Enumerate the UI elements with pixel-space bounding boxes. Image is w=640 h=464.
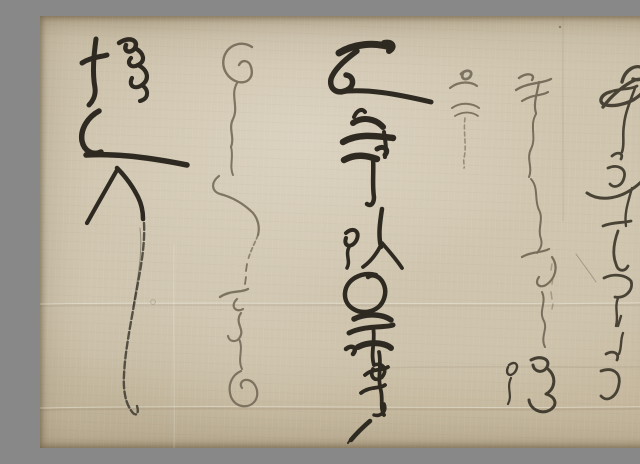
brush-stroke	[616, 298, 618, 326]
crease-line	[174, 244, 175, 448]
brush-stroke	[373, 327, 374, 365]
speck	[559, 26, 561, 28]
brush-stroke	[347, 247, 349, 268]
crease-line	[563, 16, 564, 221]
manuscript-photo: Cursive Japanese calligraphy on aged pap…	[40, 16, 640, 448]
calligraphy-svg	[40, 16, 640, 448]
